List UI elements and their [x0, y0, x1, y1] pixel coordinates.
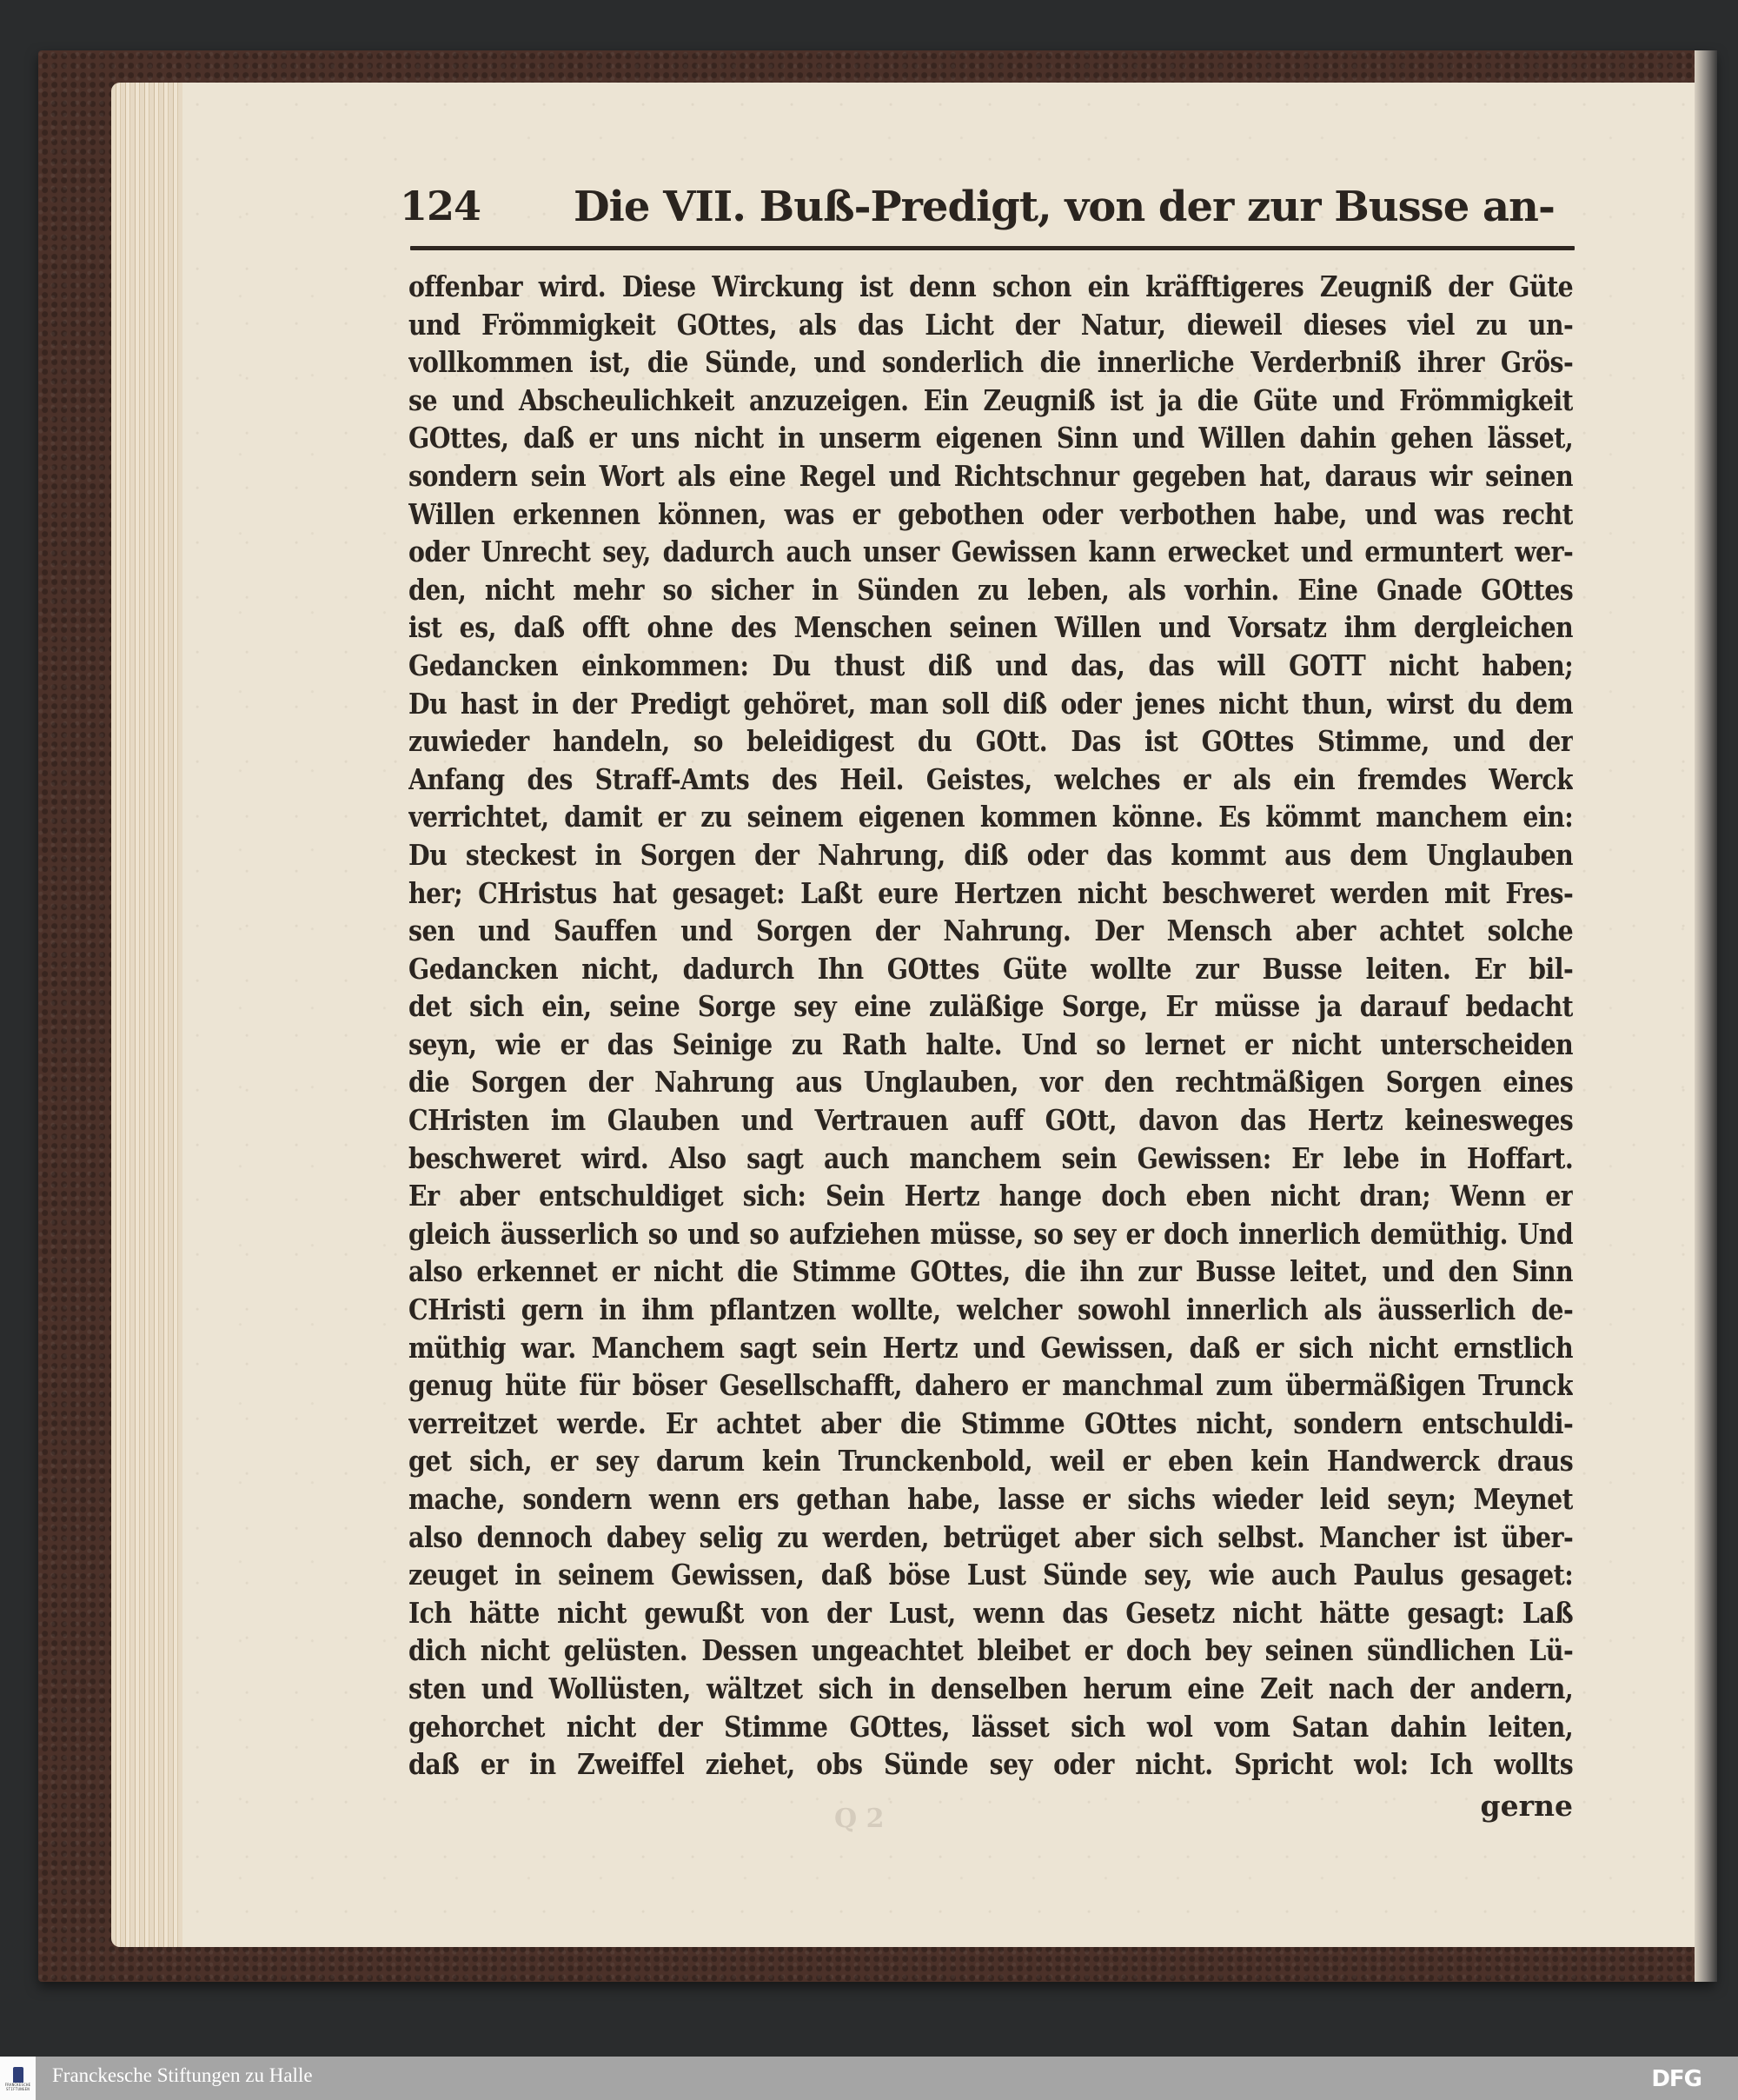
text-line: se und Abscheulichkeit anzuzeigen. Ein Z… — [408, 382, 1573, 420]
text-line: die Sorgen der Nahrung aus Unglauben, vo… — [408, 1063, 1573, 1101]
text-line: also dennoch dabey selig zu werden, betr… — [408, 1519, 1573, 1557]
text-line: ist es, daß offt ohne des Menschen seine… — [408, 608, 1573, 647]
text-line: sondern sein Wort als eine Regel und Ric… — [408, 457, 1573, 495]
text-line: verrichtet, damit er zu seinem eigenen k… — [408, 798, 1573, 836]
text-line: Er aber entschuldiget sich: Sein Hertz h… — [408, 1177, 1573, 1215]
text-line: Gedancken nicht, dadurch Ihn GOttes Güte… — [408, 950, 1573, 988]
text-line: mache, sondern wenn ers gethan habe, las… — [408, 1480, 1573, 1519]
text-line: müthig war. Manchem sagt sein Hertz und … — [408, 1329, 1573, 1367]
text-line: sen und Sauffen und Sorgen der Nahrung. … — [408, 912, 1573, 950]
text-line: get sich, er sey darum kein Trunckenbold… — [408, 1442, 1573, 1480]
text-line: gehorchet nicht der Stimme GOttes, lässe… — [408, 1708, 1573, 1746]
text-line: GOttes, daß er uns nicht in unserm eigen… — [408, 419, 1573, 457]
text-line: verreitzet werde. Er achtet aber die Sti… — [408, 1405, 1573, 1443]
text-line: zeuget in seinem Gewissen, daß böse Lust… — [408, 1556, 1573, 1594]
text-line: CHristi gern in ihm pflantzen wollte, we… — [408, 1291, 1573, 1329]
text-line: Du steckest in Sorgen der Nahrung, diß o… — [408, 836, 1573, 874]
text-line: daß er in Zweiffel ziehet, obs Sünde sey… — [408, 1745, 1573, 1784]
text-line: dich nicht gelüsten. Dessen ungeachtet b… — [408, 1631, 1573, 1670]
page-stack-edge — [111, 83, 185, 1947]
text-line: Gedancken einkommen: Du thust diß und da… — [408, 647, 1573, 685]
text-line: Anfang des Straff-Amts des Heil. Geistes… — [408, 761, 1573, 799]
text-line: seyn, wie er das Seinige zu Rath halte. … — [408, 1026, 1573, 1064]
text-line: genug hüte für böser Gesellschafft, dahe… — [408, 1366, 1573, 1405]
text-line: CHristen im Glauben und Vertrauen auff G… — [408, 1101, 1573, 1140]
running-head: 124 Die VII. Buß-Predigt, von der zur Bu… — [400, 183, 1573, 243]
page-number: 124 — [400, 183, 481, 229]
running-title: Die VII. Buß-Predigt, von der zur Busse … — [574, 183, 1555, 231]
institution-logo[interactable]: FRANCKESCHE STIFTUNGEN — [0, 2057, 36, 2100]
signature-showthrough: Q 2 — [834, 1804, 884, 1834]
logo-text-2: STIFTUNGEN — [6, 2087, 30, 2091]
franckesche-figure-icon — [13, 2067, 23, 2083]
text-line: sten und Wollüsten, wältzet sich in dens… — [408, 1670, 1573, 1708]
text-line: den, nicht mehr so sicher in Sünden zu l… — [408, 571, 1573, 609]
facing-page-edge — [1695, 50, 1717, 1982]
text-line: beschweret wird. Also sagt auch manchem … — [408, 1140, 1573, 1178]
text-line: offenbar wird. Diese Wirckung ist denn s… — [408, 268, 1573, 306]
institution-name[interactable]: Franckesche Stiftungen zu Halle — [52, 2064, 313, 2087]
catchword: gerne — [1481, 1789, 1573, 1823]
scan-viewport: 124 Die VII. Buß-Predigt, von der zur Bu… — [0, 0, 1738, 2057]
text-line: vollkommen ist, die Sünde, und sonderlic… — [408, 343, 1573, 382]
text-line: Willen erkennen können, was er gebothen … — [408, 495, 1573, 534]
header-rule — [410, 246, 1575, 250]
text-line: also erkennet er nicht die Stimme GOttes… — [408, 1253, 1573, 1291]
dfg-logo[interactable]: DFG — [1651, 2066, 1702, 2092]
text-line: her; CHristus hat gesaget: Laßt eure Her… — [408, 874, 1573, 913]
text-line: und Frömmigkeit GOttes, als das Licht de… — [408, 306, 1573, 344]
text-line: Du hast in der Predigt gehöret, man soll… — [408, 685, 1573, 723]
text-line: zuwieder handeln, so beleidigest du GOtt… — [408, 722, 1573, 761]
text-line: det sich ein, seine Sorge sey eine zuläß… — [408, 987, 1573, 1026]
text-line: Ich hätte nicht gewußt von der Lust, wen… — [408, 1594, 1573, 1632]
footer-bar: FRANCKESCHE STIFTUNGEN Franckesche Stift… — [0, 2057, 1738, 2100]
text-line: gleich äusserlich so und so aufziehen mü… — [408, 1215, 1573, 1253]
text-line: oder Unrecht sey, dadurch auch unser Gew… — [408, 533, 1573, 571]
body-text: offenbar wird. Diese Wirckung ist denn s… — [408, 268, 1573, 1784]
